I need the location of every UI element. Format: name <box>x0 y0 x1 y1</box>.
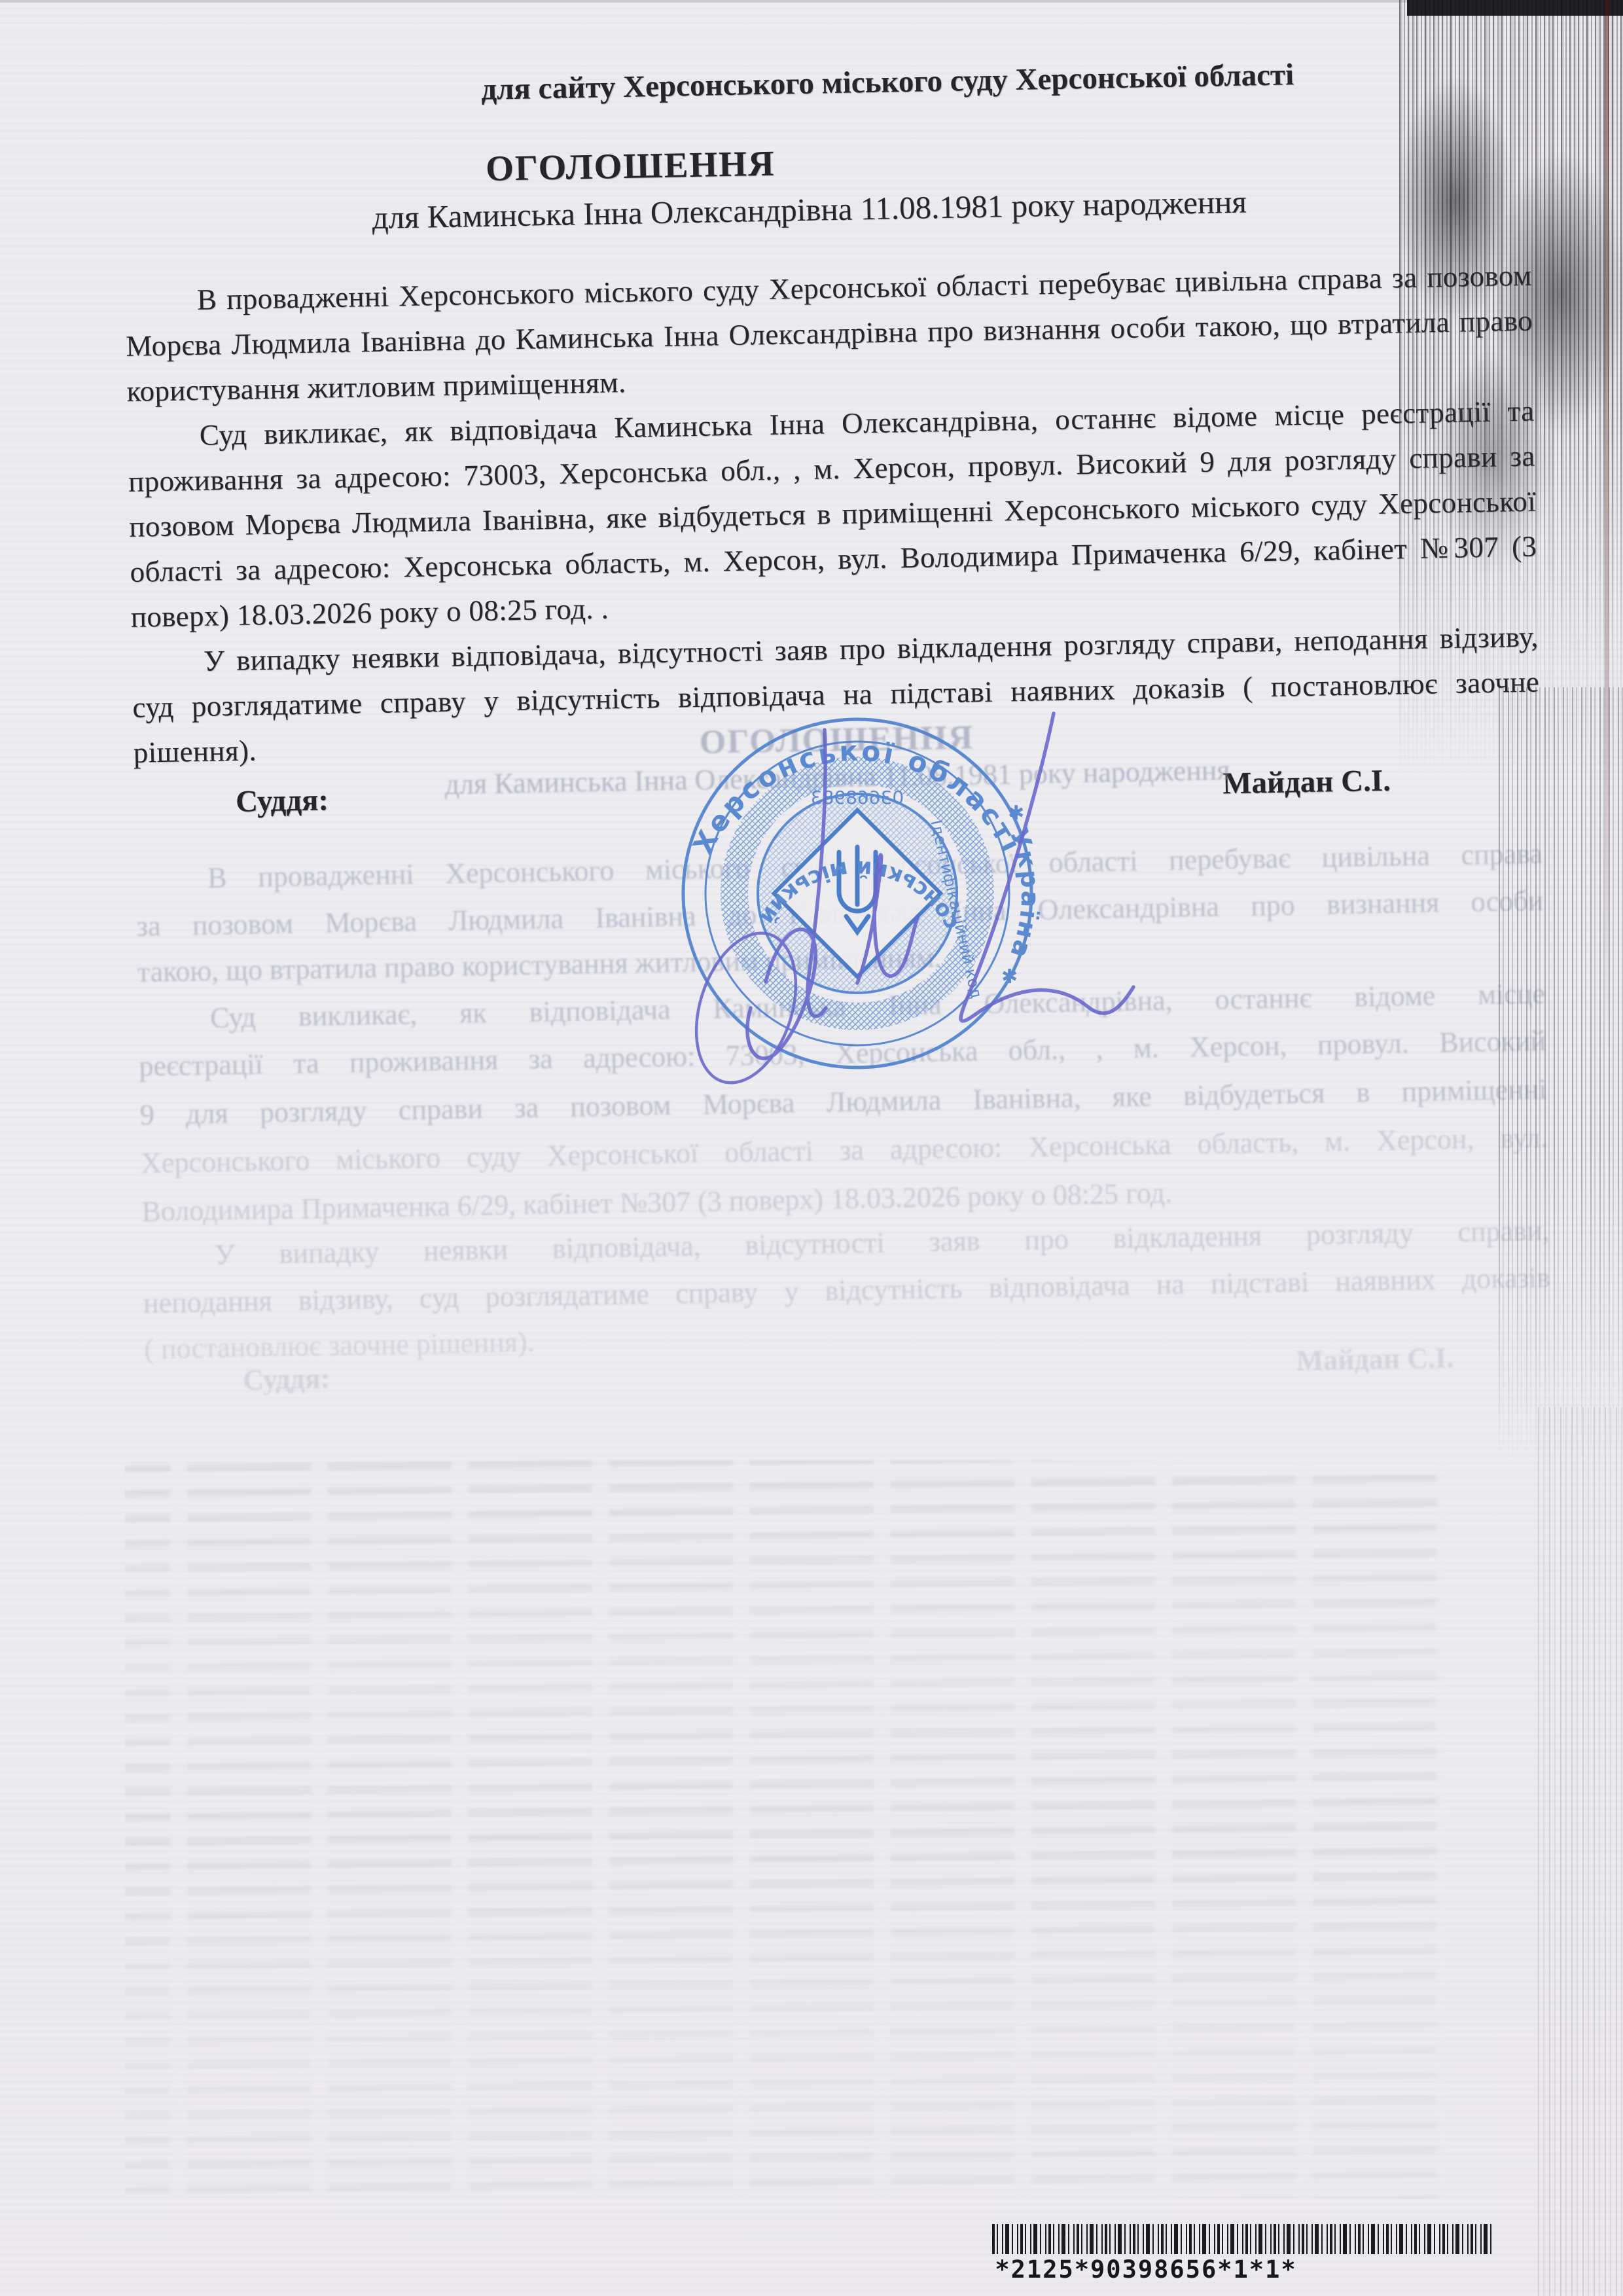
stamp-id-label: Ідентифікаційний код <box>927 818 986 1000</box>
scanner-noise-band-top <box>1399 0 1623 772</box>
ghost-judge-row: Суддя: Майдан С.І. <box>145 1339 1552 1399</box>
ghost-line: В провадженні Херсонського міського суду… <box>135 836 1543 896</box>
scanner-noise-corner-bar <box>1407 0 1623 16</box>
scan-top-edge <box>0 0 1407 3</box>
subtitle: для Каминська Інна Олександрівна 11.08.1… <box>123 179 1495 241</box>
ghost-title: ОГОЛОШЕННЯ <box>133 710 1541 770</box>
ghost-line: Володимира Примаченка 6/29, кабінет №307… <box>141 1169 1549 1229</box>
stamp-ring-top-text: Херсонської області <box>687 735 1028 859</box>
paragraph-summons: Суд викликає, як відповідача Каминська І… <box>127 389 1538 640</box>
court-stamp: Херсонської області Україна Херсонський … <box>661 700 1185 1106</box>
paragraph-warning: У випадку неявки відповідача, відсутност… <box>132 614 1541 775</box>
ghost-subtitle: для Каминська Інна Олександрівна 11.08.1… <box>134 747 1541 807</box>
ghost-line: ( постановлює заочне рішення). <box>144 1306 1552 1366</box>
ghost-judge-label: Суддя: <box>243 1361 330 1397</box>
scanned-court-document: для сайту Херсонського міського суду Хер… <box>0 0 1623 2296</box>
paragraph-case: В провадженні Херсонського міського суду… <box>124 253 1533 414</box>
scanner-noise-band-middle <box>1499 687 1623 1460</box>
site-header-line: для сайту Херсонського міського суду Хер… <box>247 52 1529 113</box>
ghost-line: Суд викликає, як відповідача Каминська І… <box>138 977 1546 1036</box>
svg-text:Херсонської області: Херсонської області <box>687 735 1028 859</box>
barcode-bars <box>992 2224 1492 2254</box>
svg-text:Херсонський міський суд: Херсонський міський суд <box>661 700 964 937</box>
scanner-noise-band-bottom <box>1538 1407 1623 2296</box>
document-content: для сайту Херсонського міського суду Хер… <box>0 0 1623 2296</box>
svg-text:Україна: Україна <box>1004 825 1044 963</box>
signature <box>679 713 1133 1096</box>
judge-row: Суддя: Майдан С.І. <box>134 760 1542 821</box>
stamp-star-icon: ✱ <box>1001 965 1018 988</box>
ghost-line: такою, що втратила право користування жи… <box>137 929 1544 989</box>
ghost-line: 9 для розгляду справи за позовом Морєва … <box>139 1072 1547 1132</box>
stamp-star-icon: ✱ <box>1008 802 1024 825</box>
ghost-line: неподання відзиву, суд розглядатиме спра… <box>143 1261 1551 1320</box>
scanner-edge-line <box>1605 0 1609 1047</box>
judge-label: Суддя: <box>236 782 329 819</box>
ghost-line: У випадку неявки відповідача, відсутност… <box>142 1213 1550 1273</box>
stamp-ring-right-text: Україна <box>1004 825 1044 963</box>
stamp-code: 03668983 <box>811 787 904 808</box>
trident-emblem-icon <box>839 847 876 932</box>
page-title: ОГОЛОШЕННЯ <box>122 136 1139 196</box>
barcode-text: *2125*90398656*1*1* <box>992 2255 1300 2284</box>
bleed-through-texture <box>124 1460 1446 2199</box>
stamp-rings <box>683 719 1031 1067</box>
ghost-line: за позовом Морєва Людмила Іванівна до Ка… <box>136 884 1544 943</box>
ghost-line: реєстрації та проживання за адресою: 730… <box>139 1024 1546 1083</box>
ghost-line: Херсонського міського суду Херсонської о… <box>141 1121 1548 1180</box>
ghost-judge-name: Майдан С.І. <box>1296 1341 1454 1378</box>
stamp-ring-bottom-text: Херсонський міський суд <box>661 700 964 937</box>
judge-name: Майдан С.І. <box>1222 763 1391 802</box>
